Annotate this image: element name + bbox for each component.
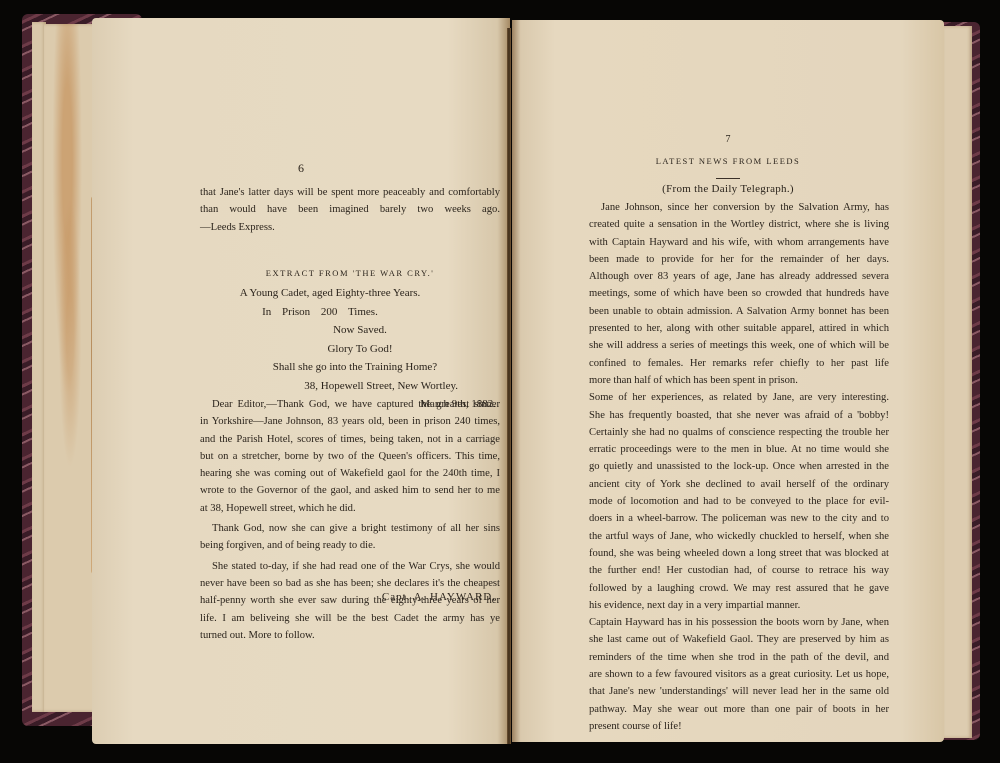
text-line: the further end! Her custodian had, of c… <box>589 562 889 579</box>
address: 38, Hopewell Street, New Wortley. <box>200 377 500 396</box>
text-line: ancient city of York she declined to ava… <box>589 476 889 493</box>
text-line: that Jane's latter days will be spent mo… <box>200 184 500 201</box>
text-line: Certainly she had no qualms of conscienc… <box>589 424 889 441</box>
text-line: —Leeds Express. <box>200 219 500 236</box>
text-line: She has frequently boasted, that she nev… <box>589 407 889 424</box>
page-number-left: 6 <box>92 161 510 176</box>
headline: A Young Cadet, aged Eighty-three Years. <box>200 284 500 303</box>
continuation-text: that Jane's latter days will be spent mo… <box>200 184 500 236</box>
text-line: go quietly and unassisted to the lock-up… <box>589 458 889 475</box>
text-line: Captain Hayward has in his possession th… <box>589 614 889 631</box>
article-title: LATEST NEWS FROM LEEDS <box>512 156 944 166</box>
text-line: are shown to a few favoured visitors as … <box>589 666 889 683</box>
text-line: the artful ways of Jane, who wickedly ch… <box>589 528 889 545</box>
text-line: confined to females. Her remarks refer c… <box>589 355 889 372</box>
text-line: meetings, some of which have been so cro… <box>589 285 889 302</box>
headline: Shall she go into the Training Home? <box>200 358 500 377</box>
text-line: wrote to the Governor of the gaol, and a… <box>200 482 500 499</box>
text-line: presented to her, along with other suita… <box>589 320 889 337</box>
text-line: been unable to obtain admission. A Salva… <box>589 303 889 320</box>
text-line: she will address a series of meetings th… <box>589 337 889 354</box>
text-line: followed by a laughing crowd. We may res… <box>589 580 889 597</box>
book-gutter <box>507 28 511 744</box>
text-line: and the Parish Hotel, scores of times, b… <box>200 431 500 448</box>
signature: Capt. A. HAYWARD. <box>200 591 496 603</box>
text-line: doers in a wheel-barrow. The policeman w… <box>589 510 889 527</box>
text-line: Some of her experiences, as related by J… <box>589 389 889 406</box>
headline: In Prison 200 Times. <box>200 303 500 322</box>
flyleaf-right <box>944 26 972 738</box>
text-line: his evidence, next day in a very imparti… <box>589 597 889 614</box>
text-line: but on a stretcher, borne by two of the … <box>200 448 500 465</box>
text-line: Thank God, now she can give a bright tes… <box>200 520 500 537</box>
text-line: erratic proceedings were to the men in b… <box>589 441 889 458</box>
text-line: Jane Johnson, since her conversion by th… <box>589 199 889 216</box>
headline: Now Saved. <box>200 321 500 340</box>
text-line: pathway. May she wear out more than one … <box>589 701 889 718</box>
text-line: created quite a sensation in the Wortley… <box>589 216 889 233</box>
text-line: more than half of which has been spent i… <box>589 372 889 389</box>
text-line: mode of locomotion and had to be conveye… <box>589 493 889 510</box>
left-page: 6 that Jane's latter days will be spent … <box>92 18 510 744</box>
text-line: at 38, Hopewell street, which he did. <box>200 500 500 517</box>
headline-block: A Young Cadet, aged Eighty-three Years. … <box>200 284 500 414</box>
text-line: life. I am beliveing she will be the bes… <box>200 610 500 627</box>
text-line: than would have been imagined barely two… <box>200 201 500 218</box>
section-title: EXTRACT FROM 'THE WAR CRY.' <box>200 268 500 278</box>
text-line: been made to provide for her for the rem… <box>589 251 889 268</box>
text-line: Although over 83 years of age, Jane has … <box>589 268 889 285</box>
article-body: Jane Johnson, since her conversion by th… <box>589 199 889 735</box>
text-line: hearing she was coming out of Wakefield … <box>200 465 500 482</box>
text-line: she last came out of Wakefield Gaol. The… <box>589 631 889 648</box>
text-line: She stated to-day, if she had read one o… <box>200 558 500 575</box>
text-line: Dear Editor,—Thank God, we have captured… <box>200 396 500 413</box>
headline: Glory To God! <box>200 340 500 359</box>
page-number-right: 7 <box>512 134 944 145</box>
letter-body: Dear Editor,—Thank God, we have captured… <box>200 396 500 644</box>
text-line: with Captain Hayward and his wife, with … <box>589 234 889 251</box>
text-line: being forgiven, and of being ready to di… <box>200 537 500 554</box>
text-line: found, she was being wheeled down a long… <box>589 545 889 562</box>
right-page: 7 LATEST NEWS FROM LEEDS (From the Daily… <box>512 20 944 742</box>
text-line: present course of life! <box>589 718 889 735</box>
text-line: reminders of the time when she trod in t… <box>589 649 889 666</box>
text-line: never have been so bad as she has been; … <box>200 575 500 592</box>
text-line: in Yorkshire—Jane Johnson, 83 years old,… <box>200 413 500 430</box>
text-line: turned out. More to follow. <box>200 627 500 644</box>
text-line: that Jane's new 'understandings' will ne… <box>589 683 889 700</box>
article-source: (From the Daily Telegraph.) <box>512 183 944 195</box>
